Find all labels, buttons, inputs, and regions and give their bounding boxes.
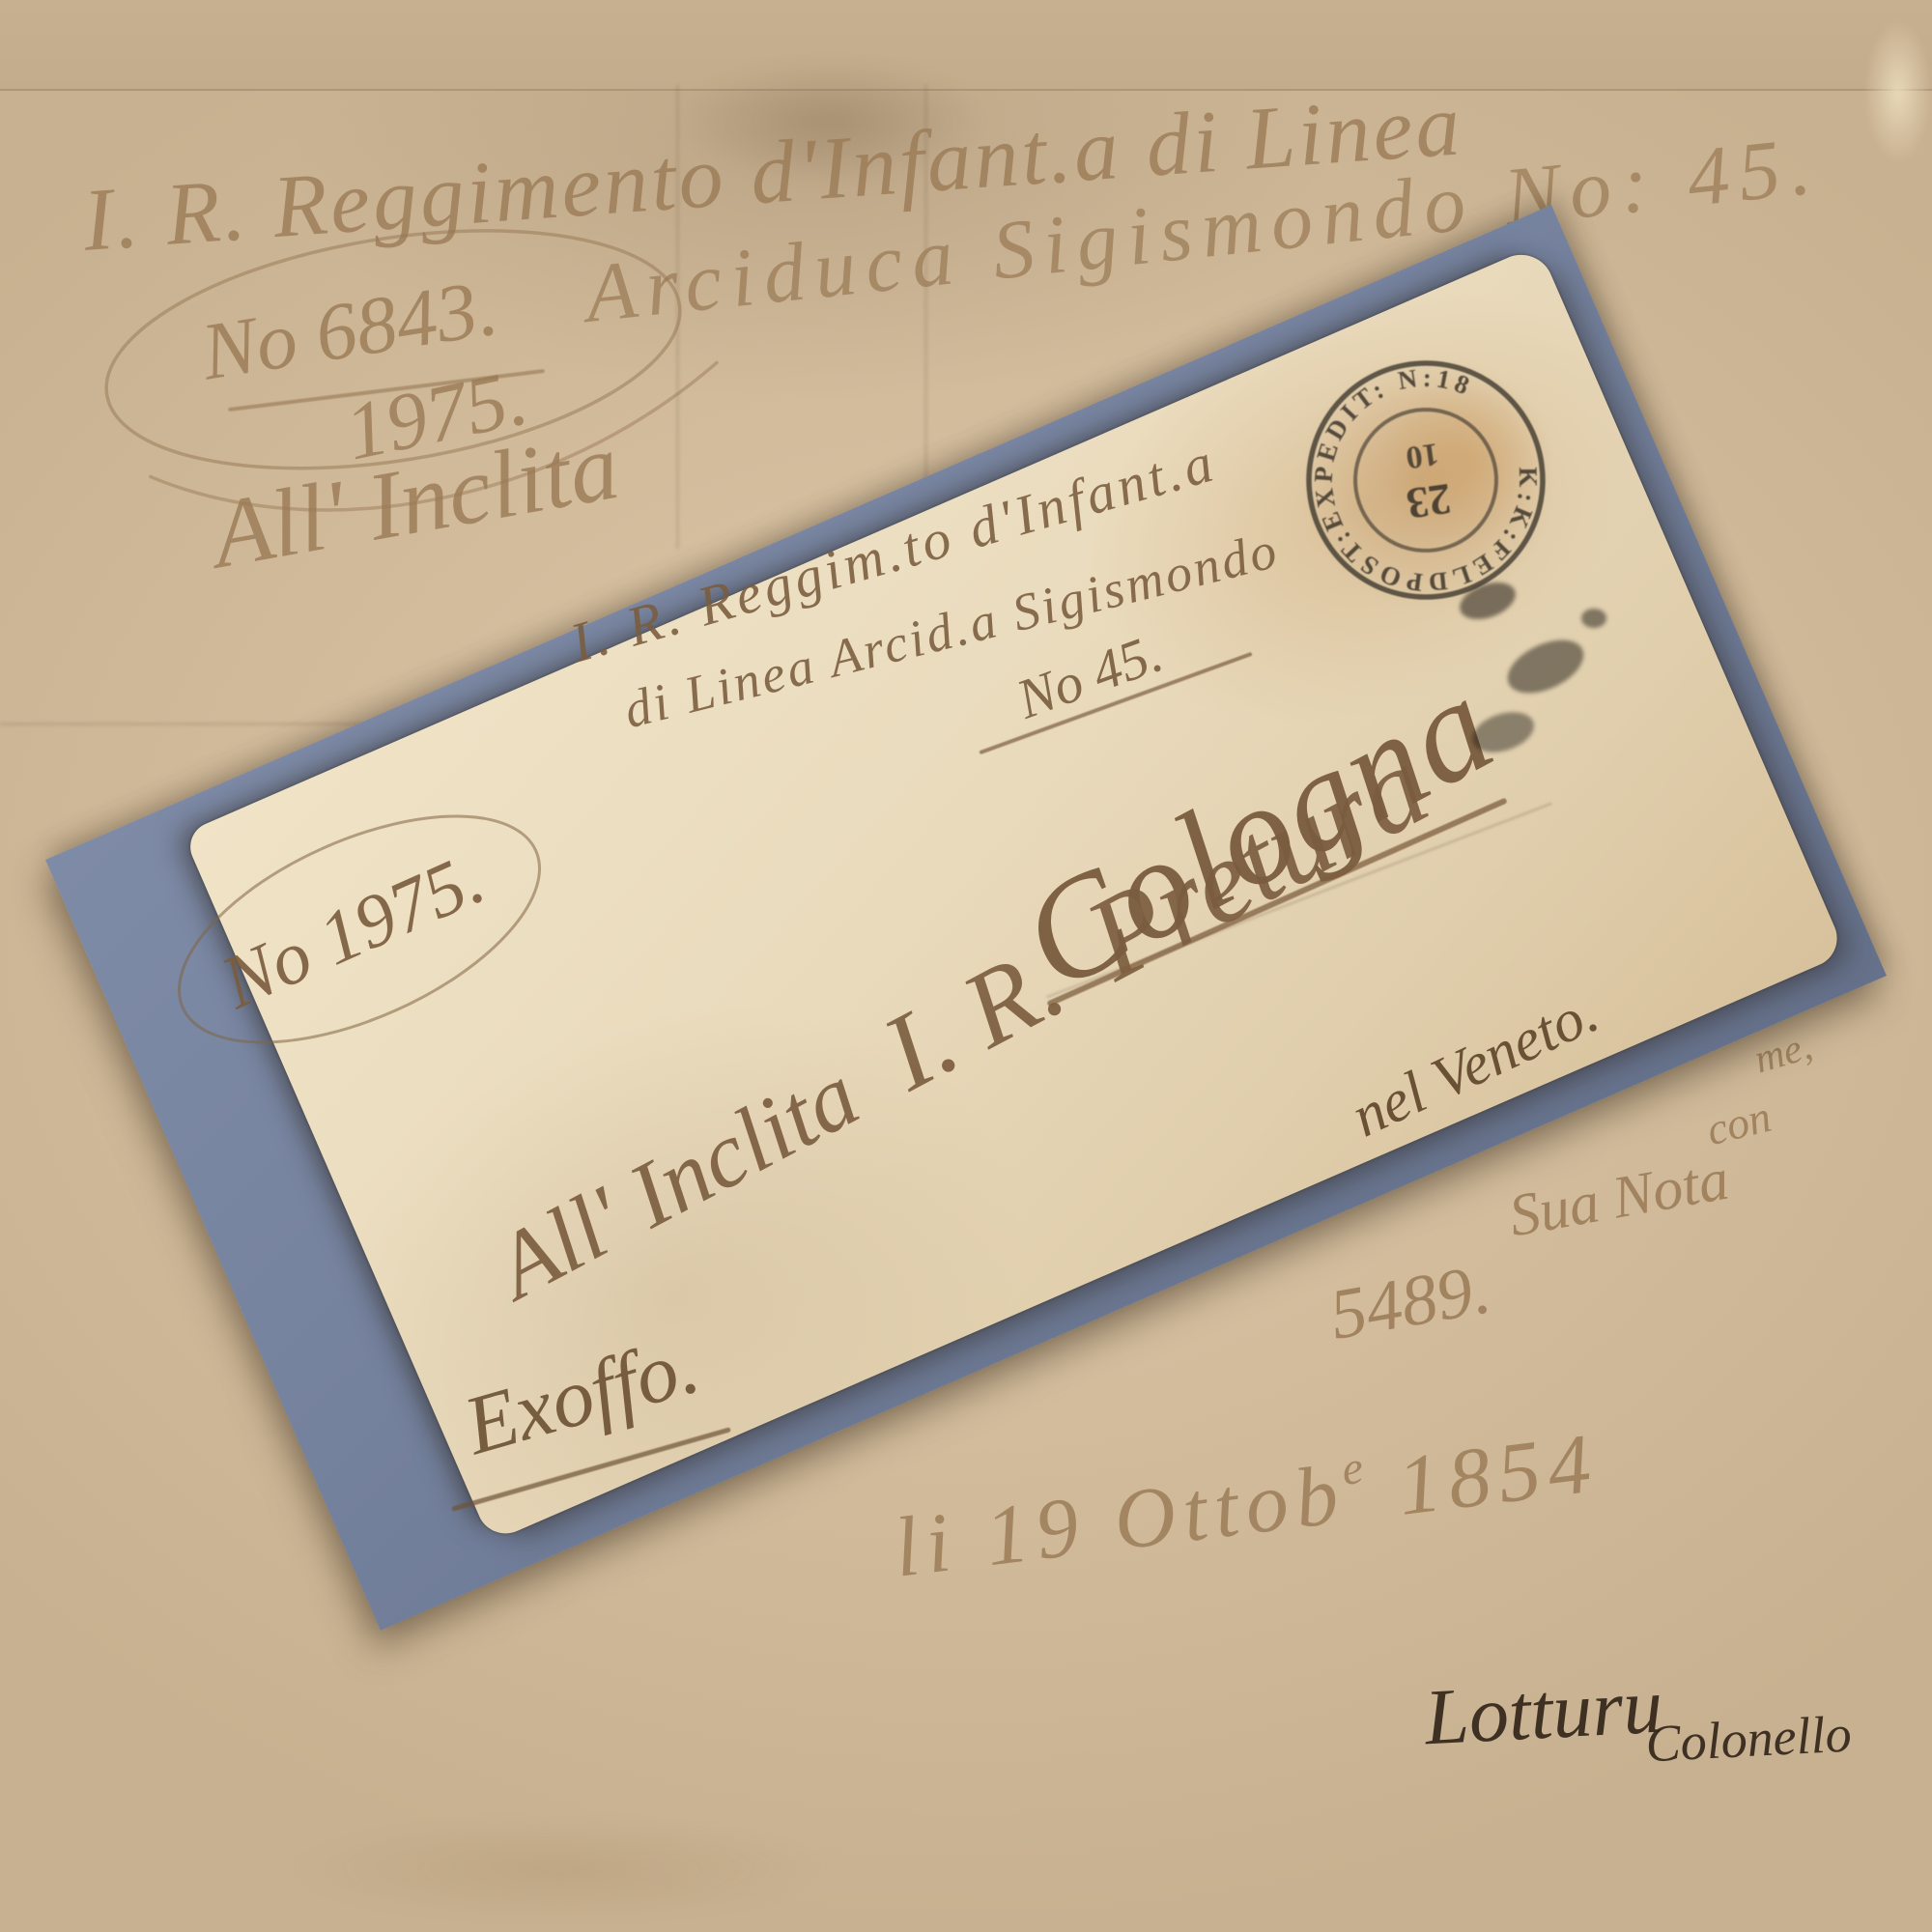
showthrough-script-ghost (290, 1816, 831, 1922)
fold-crease-horizontal (0, 723, 386, 725)
postmark-month: 10 (1404, 436, 1441, 475)
ink-smudge-4 (1581, 609, 1606, 628)
paper-corner-curl (1864, 19, 1932, 164)
photo-backdrop-edge (0, 0, 1932, 91)
feldpost-postmark-stamp: K:K:FELDPOST:EXPEDIT: N:18 23 10 (1263, 317, 1590, 644)
photo-of-1854-letter: I. R. Reggimento d'Infant.a di Linea Arc… (0, 0, 1932, 1932)
bg-signature-rank: Colonello (1644, 1707, 1853, 1770)
postmark-day: 23 (1404, 474, 1455, 529)
bg-dateline-superscript: e (1339, 1441, 1374, 1495)
bg-signature-name: Lotturu (1423, 1666, 1664, 1758)
